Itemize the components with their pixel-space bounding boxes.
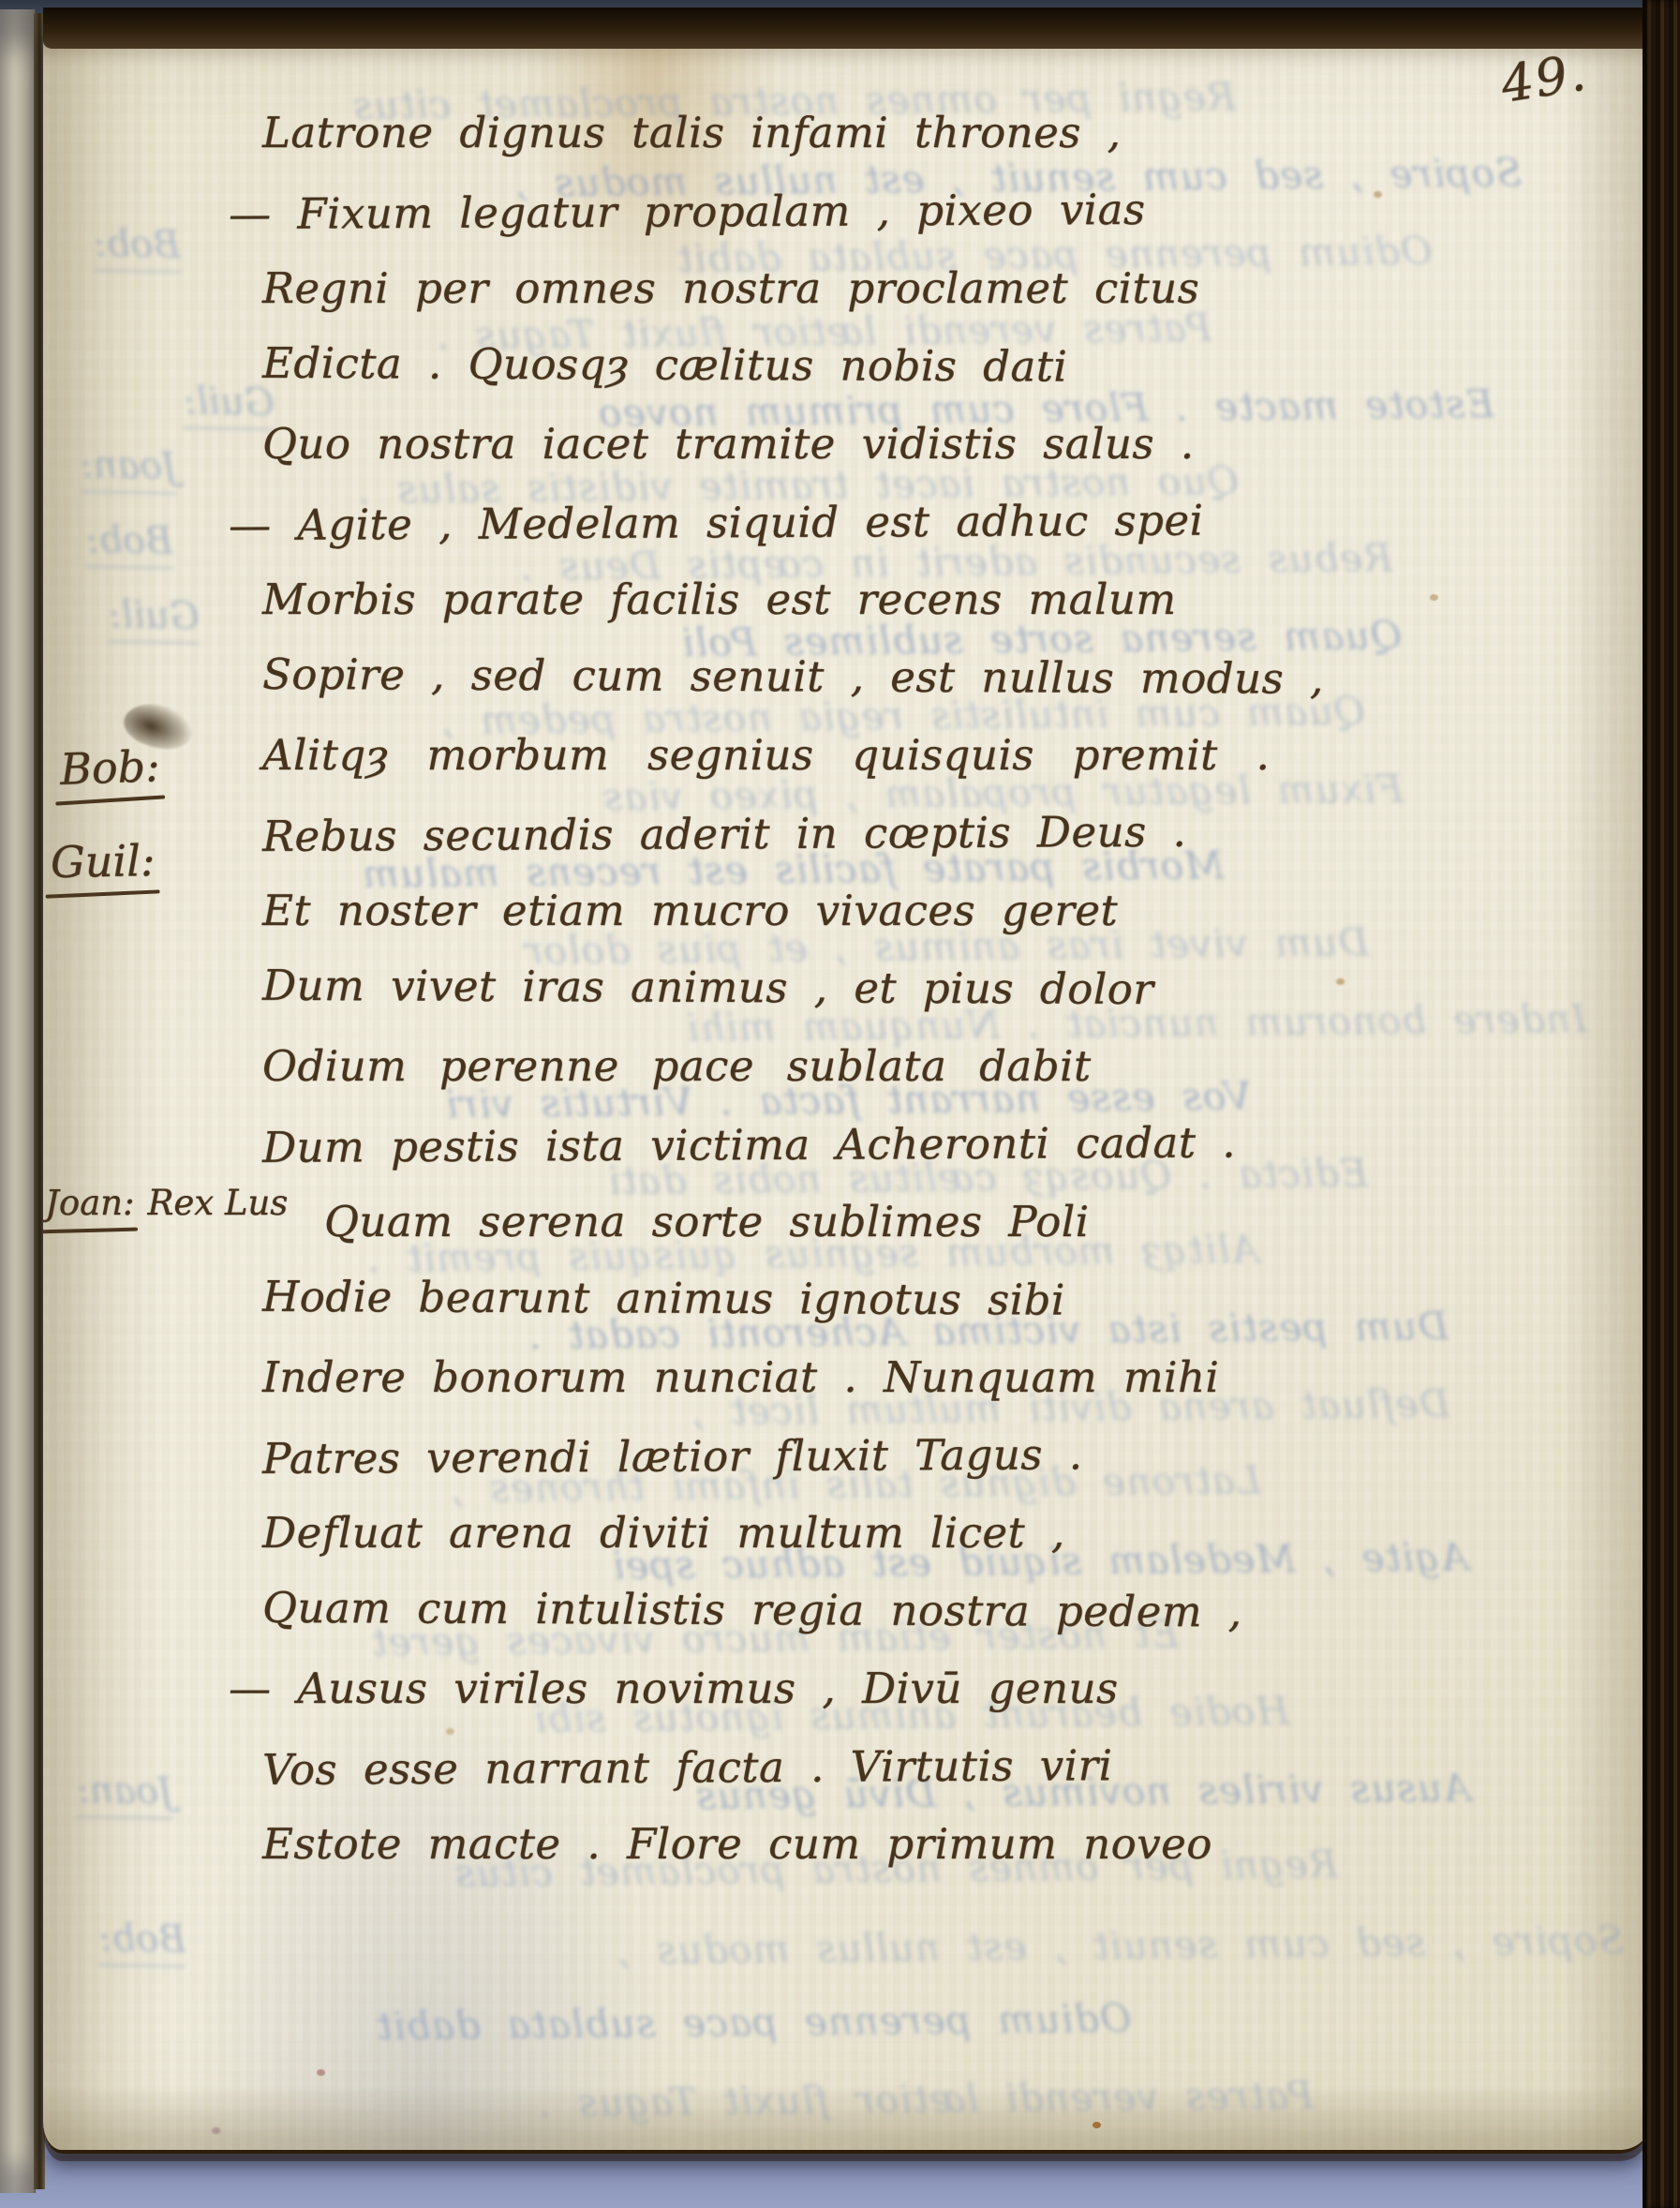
speaker-label-bob-text: Bob: bbox=[59, 740, 160, 795]
manuscript-line-21: — Ausus viriles novimus , Divū genus bbox=[229, 1649, 1647, 1727]
bleedthrough-ghost-line: Odium perenne pace sublata dabit bbox=[376, 1996, 1132, 2049]
speaker-label-guil-text: Guil: bbox=[51, 835, 156, 888]
speaker-label-joan-suffix: Rex Lus bbox=[147, 1183, 288, 1223]
text-block: Latrone dignus talis infami thrones ,— F… bbox=[43, 94, 1647, 1883]
left-page-edges bbox=[0, 9, 36, 2193]
manuscript-photo: { "page": { "number": "49." }, "manuscri… bbox=[0, 0, 1680, 2208]
manuscript-line-16: Hodie bearunt animus ignotus sibi bbox=[262, 1258, 1647, 1341]
manuscript-line-10: Rebus secundis aderit in cœptis Deus . bbox=[262, 790, 1647, 875]
bleedthrough-ghost-label: Bob: bbox=[99, 1917, 186, 1968]
manuscript-page: Regni per omnes nostra proclamet citusSo… bbox=[43, 24, 1647, 2154]
manuscript-line-23: Estote macte . Flore cum primum noveo bbox=[262, 1805, 1647, 1883]
manuscript-line-19: Defluat arena diviti multum licet , bbox=[262, 1494, 1647, 1572]
manuscript-line-13: Odium perenne pace sublata dabit bbox=[262, 1027, 1647, 1105]
manuscript-line-3: Regni per omnes nostra proclamet citus bbox=[262, 249, 1647, 327]
speaker-label-joan: Joan: Rex Lus bbox=[45, 1183, 288, 1223]
manuscript-line-17: Indere bonorum nunciat . Nunquam mihi bbox=[262, 1338, 1647, 1416]
foxing-spots bbox=[1093, 2122, 1101, 2128]
manuscript-line-22: Vos esse narrant facta . Virtutis viri bbox=[262, 1723, 1647, 1809]
manuscript-line-20: Quam cum intulistis regia nostra pedem , bbox=[262, 1569, 1647, 1652]
fore-edge-right bbox=[1643, 0, 1680, 2208]
bleedthrough-ghost-line: Sopire , sed cum senuit , est nullus mod… bbox=[617, 1917, 1625, 1973]
manuscript-line-7: Morbis parate facilis est recens malum bbox=[262, 560, 1647, 638]
manuscript-line-18: Patres verendi lætior fluxit Tagus . bbox=[262, 1412, 1647, 1498]
binding-top-edge bbox=[43, 7, 1680, 49]
speaker-label-guil: Guil: bbox=[51, 835, 156, 888]
manuscript-line-1: Latrone dignus talis infami thrones , bbox=[262, 94, 1647, 172]
manuscript-line-2: — Fixum legatur propalam , pixeo vias bbox=[229, 168, 1647, 253]
speaker-label-bob: Bob: bbox=[59, 740, 160, 795]
manuscript-line-6: — Agite , Medelam siquid est adhuc spei bbox=[229, 479, 1647, 564]
manuscript-line-11: Et noster etiam mucro vivaces geret bbox=[262, 872, 1647, 949]
manuscript-line-5: Quo nostra iacet tramite vidistis salus … bbox=[262, 405, 1647, 483]
manuscript-line-4: Edicta . Quosqȝ cælitus nobis dati bbox=[262, 324, 1647, 408]
manuscript-line-12: Dum vivet iras animus , et pius dolor bbox=[262, 947, 1647, 1030]
manuscript-line-14: Dum pestis ista victima Acheronti cadat … bbox=[262, 1101, 1647, 1186]
photo-backing-bottom bbox=[0, 2156, 1680, 2208]
manuscript-line-8: Sopire , sed cum senuit , est nullus mod… bbox=[262, 635, 1647, 719]
manuscript-line-9: Alitqȝ morbum segnius quisquis premit . bbox=[262, 716, 1647, 794]
manuscript-line-15: Quam serena sorte sublimes Poli bbox=[324, 1183, 1647, 1261]
speaker-label-joan-text: Joan: bbox=[45, 1183, 134, 1223]
bleedthrough-ghost-line: Patres verendi lætior fluxit Tagus . bbox=[538, 2073, 1315, 2126]
